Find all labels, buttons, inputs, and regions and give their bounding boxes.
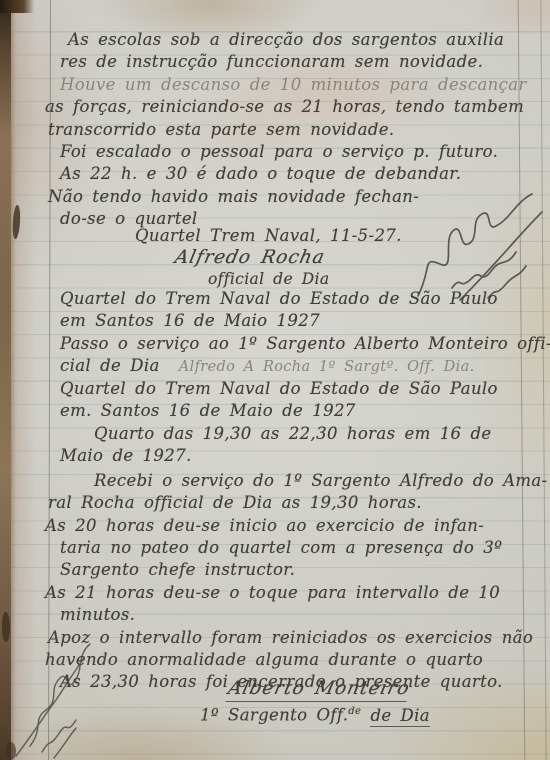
entry3-role-prefix: 1º Sargento Off. — [200, 706, 348, 725]
manuscript-line: minutos. — [60, 604, 530, 626]
manuscript-line: As 20 horas deu-se inicio ao exercicio d… — [45, 515, 530, 537]
manuscript-line: As 22 h. e 30 é dado o toque de debandar… — [60, 163, 530, 185]
manuscript-line: Não tendo havido mais novidade fechan- — [48, 186, 530, 208]
entry2-countersign: Alfredo A Rocha 1º Sargtº. Off. Dia. — [179, 359, 475, 375]
manuscript-line: Foi escalado o pessoal para o serviço p.… — [60, 141, 530, 163]
manuscript-line: Houve um descanso de 10 minutos para des… — [60, 74, 530, 96]
manuscript-line: havendo anormalidade alguma durante o qu… — [45, 649, 530, 671]
entry3-signature: Alberto Monteiro — [225, 678, 411, 702]
manuscript-line: em. Santos 16 de Maio de 1927 — [60, 400, 530, 422]
manuscript-line: ral Rocha official de Dia as 19,30 horas… — [48, 492, 530, 514]
manuscript-line: Quartel do Trem Naval do Estado de São P… — [60, 288, 530, 310]
page-corner-dark — [0, 0, 34, 13]
manuscript-line-text: cial de Dia — [60, 356, 160, 375]
manuscript-line: As escolas sob a direcção dos sargentos … — [60, 29, 530, 51]
manuscript-line: cial de Dia Alfredo A Rocha 1º Sargtº. O… — [60, 355, 530, 377]
manuscript-line: taria no pateo do quartel com a presença… — [60, 537, 530, 559]
entry1-dateline: Quartel Trem Naval, 11-5-27. — [135, 225, 402, 247]
margin-line-right-outer — [540, 0, 547, 760]
manuscript-line: res de instrucção funccionaram sem novid… — [60, 51, 530, 73]
manuscript-line: Quarto das 19,30 as 22,30 horas em 16 de — [60, 423, 530, 445]
manuscript-line: transcorrido esta parte sem novidade. — [48, 119, 530, 141]
entry3-header: Quartel do Trem Naval do Estado de São P… — [60, 378, 530, 423]
manuscript-line: Maio de 1927. — [60, 445, 530, 467]
page-blemish — [6, 742, 16, 760]
manuscript-line: Recebi o serviço do 1º Sargento Alfredo … — [60, 470, 530, 492]
binding-edge — [0, 0, 11, 760]
manuscript-line: as forças, reiniciando-se as 21 horas, t… — [45, 96, 530, 118]
manuscript-line: Quartel do Trem Naval do Estado de São P… — [60, 378, 530, 400]
manuscript-line: As 21 horas deu-se o toque para interval… — [45, 582, 530, 604]
manuscript-line: em Santos 16 de Maio 1927 — [60, 310, 530, 332]
manuscript-page: As escolas sob a direcção dos sargentos … — [0, 0, 550, 760]
entry1-signature: Alfredo Rocha — [173, 247, 327, 269]
entry3-role-underlined: de Dia — [370, 706, 430, 727]
entry2-body: Quartel do Trem Naval do Estado de São P… — [60, 288, 530, 378]
manuscript-line: Sargento chefe instructor. — [60, 559, 530, 581]
entry3-role-sup: de — [348, 706, 361, 717]
entry3-body: Quarto das 19,30 as 22,30 horas em 16 de… — [60, 423, 530, 694]
entry1-body: As escolas sob a direcção dos sargentos … — [60, 29, 530, 231]
page-blemish — [2, 612, 10, 642]
entry3-role: 1º Sargento Off.de de Dia — [200, 701, 430, 727]
manuscript-line: Passo o serviço ao 1º Sargento Alberto M… — [60, 333, 530, 355]
manuscript-line: Apoz o intervallo foram reiniciados os e… — [48, 627, 530, 649]
binding-shadow — [11, 0, 37, 760]
